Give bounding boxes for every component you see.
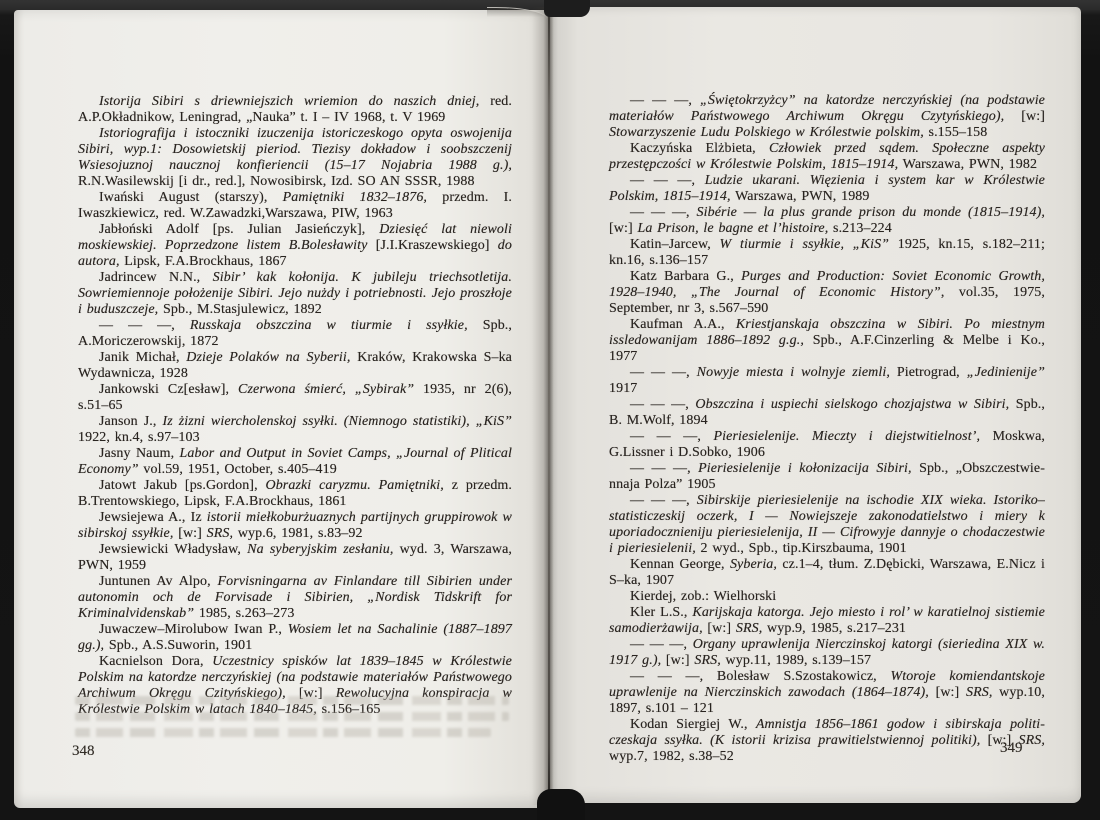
bibliography-entry: — — —, Obszczina i uspiechi sielskogo ch…	[609, 397, 1045, 429]
bibliography-entry: — — —, Bolesław S.Szostakowicz, Wtoroje …	[609, 669, 1045, 717]
bibliography-entry: Kler L.S., Karijskaja katorga. Jejo mies…	[609, 605, 1045, 637]
entry-text-segment: Katz Barbara G.,	[630, 269, 741, 284]
entry-text-segment: R.N.Wasilewskij [i dr., red.], Nowosibir…	[78, 174, 475, 189]
entry-title-segment: SRS,	[207, 526, 233, 541]
entry-text-segment: Warszawa, PWN, 1982	[898, 157, 1037, 172]
entry-text-segment: s.155–158	[924, 125, 988, 140]
entry-title-segment: SRS,	[966, 685, 992, 700]
bibliography-left-column: Istorija Sibiri s driewniejszich wriemio…	[78, 94, 512, 718]
entry-text-segment: [w:]	[609, 221, 637, 236]
book-gutter-crease	[548, 10, 550, 802]
entry-text-segment: — — —,	[630, 93, 700, 108]
entry-text-segment: Kierdej, zob.: Wielhorski	[630, 589, 776, 604]
entry-text-segment: 1917	[609, 381, 637, 396]
entry-text-segment: s.213–224	[828, 221, 892, 236]
entry-title-segment: Pieriesielenije. Mieczty i diejstwitieln…	[714, 429, 981, 444]
entry-text-segment: [w:]	[661, 653, 694, 668]
bibliography-entry: Istoriografija i istoczniki izuczenija i…	[78, 126, 512, 190]
bibliography-entry: Kodan Siergiej W., Amnistja 1856–1861 go…	[609, 717, 1045, 765]
entry-text-segment: Juwaczew–Mirolubow Iwan P.,	[99, 622, 288, 637]
entry-text-segment: Katin–Jarcew,	[630, 237, 720, 252]
entry-title-segment: W tiurmie i ssyłkie, „KiS”	[720, 237, 890, 252]
entry-text-segment: [w:]	[1004, 109, 1045, 124]
entry-title-segment: Pieriesielenije i kołonizacija Sibiri,	[698, 461, 912, 476]
bibliography-entry: Kierdej, zob.: Wielhorski	[609, 589, 1045, 605]
entry-title-segment: Iz żizni wiercholenskoj ssyłki. (Niemnog…	[162, 414, 512, 429]
bibliography-entry: — — —, Sibérie — la plus grande prison d…	[609, 205, 1045, 237]
bibliography-entry: Jadrincew N.N., Sibir’ kak kołonija. K j…	[78, 270, 512, 318]
entry-text-segment: Kacnielson Dora,	[99, 654, 212, 669]
entry-text-segment: 1922, kn.4, s.97–103	[78, 430, 200, 445]
entry-text-segment: [w:]	[703, 621, 736, 636]
ink-bleedthrough-line	[75, 728, 491, 737]
bibliography-entry: Jewsiewicki Władysław, Na syberyjskim ze…	[78, 542, 512, 574]
page-left: Istorija Sibiri s driewniejszich wriemio…	[14, 10, 550, 808]
page-number-right: 349	[1000, 740, 1023, 757]
bibliography-entry: Jasny Naum, Labor and Output in Soviet C…	[78, 446, 512, 478]
entry-text-segment: — — —,	[630, 205, 697, 220]
entry-title-segment: Pamiętniki 1832–1876,	[283, 190, 427, 205]
bibliography-entry: — — —, Nowyje miesta i wolnyje ziemli, P…	[609, 365, 1045, 397]
entry-title-segment: „Jedinienije”	[967, 365, 1045, 380]
bibliography-entry: Katin–Jarcew, W tiurmie i ssyłkie, „KiS”…	[609, 237, 1045, 269]
entry-text-segment: 2 wyd., Spb., tip.Kirszbauma, 1901	[696, 541, 907, 556]
entry-text-segment: Juntunen Av Alpo,	[99, 574, 218, 589]
bibliography-entry: Janson J., Iz żizni wiercholenskoj ssyłk…	[78, 414, 512, 446]
spine-shadow-bottom	[537, 789, 585, 820]
entry-text-segment: Jabłoński Adolf [ps. Julian Jasieńczyk],	[99, 222, 379, 237]
entry-title-segment: Syberia,	[730, 557, 777, 572]
entry-text-segment: wyp.6, 1981, s.83–92	[233, 526, 363, 541]
entry-title-segment: SRS,	[694, 653, 720, 668]
entry-title-segment: Istoriografija i istoczniki izuczenija i…	[78, 126, 512, 173]
entry-text-segment: Jasny Naum,	[99, 446, 180, 461]
entry-text-segment: 1985, s.263–273	[194, 606, 294, 621]
entry-title-segment: Russkaja obszczina w tiurmie i ssyłkie,	[190, 318, 468, 333]
entry-title-segment: Nowyje miesta i wolnyje ziemli,	[697, 365, 890, 380]
entry-title-segment: Czerwona śmierć, „Sybirak”	[238, 382, 414, 397]
entry-text-segment: Janik Michał,	[99, 350, 186, 365]
entry-text-segment: — — —,	[630, 493, 697, 508]
entry-text-segment: Jewsiejewa A., Iz	[99, 510, 207, 525]
entry-title-segment: La Prison, le bagne et l’histoire,	[637, 221, 828, 236]
entry-text-segment: — — —,	[630, 173, 705, 188]
entry-text-segment: Kennan George,	[630, 557, 730, 572]
entry-text-segment: [w:]	[173, 526, 206, 541]
bibliography-entry: — — —, Organy uprawlenija Nierczinskoj k…	[609, 637, 1045, 669]
bibliography-entry: — — —, Pieriesielenije i kołonizacija Si…	[609, 461, 1045, 493]
scanned-book-spread: { "left_page": { "number": "348", "entri…	[0, 0, 1100, 820]
entry-text-segment: wyp.7, 1982, s.38–52	[609, 749, 734, 764]
bibliography-entry: Kennan George, Syberia, cz.1–4, tłum. Z.…	[609, 557, 1045, 589]
bibliography-entry: Juwaczew–Mirolubow Iwan P., Wosiem let n…	[78, 622, 512, 654]
bibliography-right-column: — — —, „Świętokrzyżcy” na katordze nercz…	[609, 93, 1045, 765]
entry-title-segment: Istorija Sibiri s driewniejszich wriemio…	[99, 94, 479, 109]
entry-text-segment: Pietrograd,	[890, 365, 967, 380]
entry-title-segment: Sibérie — la plus grande prison du monde…	[697, 205, 1045, 220]
bibliography-entry: Jatowt Jakub [ps.Gordon], Obrazki caryzm…	[78, 478, 512, 510]
entry-text-segment: Spb., M.Stasjulewicz, 1892	[158, 302, 322, 317]
page-right: — — —, „Świętokrzyżcy” na katordze nercz…	[550, 7, 1081, 803]
bibliography-entry: Janik Michał, Dzieje Polaków na Syberii,…	[78, 350, 512, 382]
entry-text-segment: Kodan Siergiej W.,	[630, 717, 756, 732]
entry-text-segment: Jewsiewicki Władysław,	[99, 542, 247, 557]
entry-text-segment: wyp.9, 1985, s.217–231	[762, 621, 906, 636]
bibliography-entry: Jankowski Cz[esław], Czerwona śmierć, „S…	[78, 382, 512, 414]
entry-text-segment: wyp.11, 1989, s.139–157	[721, 653, 871, 668]
entry-text-segment: — — —,	[630, 365, 697, 380]
entry-text-segment: Iwański August (starszy),	[99, 190, 283, 205]
bibliography-entry: Istorija Sibiri s driewniejszich wriemio…	[78, 94, 512, 126]
bibliography-entry: Jabłoński Adolf [ps. Julian Jasieńczyk],…	[78, 222, 512, 270]
entry-title-segment: Obrazki caryzmu. Pamiętniki,	[265, 478, 443, 493]
entry-text-segment: [w:]	[929, 685, 966, 700]
bibliography-entry: — — —, Sibirskije pieriesielenije na isc…	[609, 493, 1045, 557]
entry-text-segment: Jatowt Jakub [ps.Gordon],	[99, 478, 265, 493]
entry-text-segment: Jadrincew N.N.,	[99, 270, 213, 285]
bibliography-entry: — — —, Ludzie ukarani. Więzienia i syste…	[609, 173, 1045, 205]
entry-title-segment: Stowarzyszenie Ludu Polskiego w Królestw…	[609, 125, 924, 140]
entry-title-segment: Na syberyjskim zesłaniu,	[247, 542, 393, 557]
bibliography-entry: Juntunen Av Alpo, Forvisningarna av Finl…	[78, 574, 512, 622]
entry-text-segment: — — —,	[630, 637, 693, 652]
entry-text-segment: Warszawa, PWN, 1989	[731, 189, 870, 204]
entry-text-segment: — — —,	[630, 461, 698, 476]
entry-text-segment: — — —,	[99, 318, 190, 333]
entry-text-segment: [J.I.Kraszewskiego]	[367, 238, 497, 253]
entry-text-segment: Kaufman A.A.,	[630, 317, 736, 332]
entry-text-segment: Kaczyńska Elżbieta,	[630, 141, 769, 156]
bibliography-entry: Iwański August (starszy), Pamiętniki 183…	[78, 190, 512, 222]
bibliography-entry: — — —, Pieriesielenije. Mieczty i diejst…	[609, 429, 1045, 461]
bibliography-entry: Katz Barbara G., Purges and Production: …	[609, 269, 1045, 317]
entry-text-segment: — — —,	[630, 429, 714, 444]
page-number-left: 348	[72, 743, 95, 760]
bibliography-entry: Kacnielson Dora, Uczestnicy spisków lat …	[78, 654, 512, 718]
entry-title-segment: Obszczina i uspiechi sielskogo chozjajst…	[695, 397, 1009, 412]
bibliography-entry: Jewsiejewa A., Iz istorii miełkoburżuazn…	[78, 510, 512, 542]
entry-text-segment: Spb., A.S.Suworin, 1901	[104, 638, 252, 653]
spine-shadow-top	[544, 0, 590, 17]
ink-bleedthrough-line	[75, 696, 509, 705]
ink-bleedthrough-line	[75, 712, 509, 721]
entry-text-segment: vol.59, 1951, October, s.405–419	[139, 462, 337, 477]
bibliography-entry: — — —, „Świętokrzyżcy” na katordze nercz…	[609, 93, 1045, 141]
entry-title-segment: Dzieje Polaków na Syberii,	[186, 350, 350, 365]
bibliography-entry: Kaufman A.A., Kriestjanskaja obszczina w…	[609, 317, 1045, 365]
entry-text-segment: Lipsk, F.A.Brockhaus, 1867	[120, 254, 287, 269]
bibliography-entry: — — —, Russkaja obszczina w tiurmie i ss…	[78, 318, 512, 350]
entry-text-segment: — — —, Bolesław S.Szostakowicz,	[630, 669, 890, 684]
entry-text-segment: Janson J.,	[99, 414, 162, 429]
bibliography-entry: Kaczyńska Elżbieta, Człowiek przed sądem…	[609, 141, 1045, 173]
entry-text-segment: Jankowski Cz[esław],	[99, 382, 238, 397]
entry-title-segment: SRS,	[736, 621, 762, 636]
entry-text-segment: Kler L.S.,	[630, 605, 692, 620]
entry-text-segment: — — —,	[630, 397, 695, 412]
